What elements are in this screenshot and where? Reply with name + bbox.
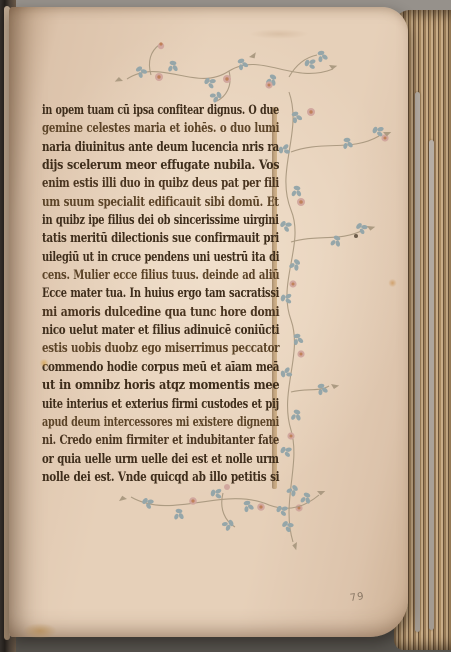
text-line: enim estis illi duo in quibz deus pat pe… (42, 175, 227, 193)
text-line: nico uelut mater et filius adinuicē coni… (42, 322, 229, 340)
text-line: uite interius et exterius firmi custodes… (42, 396, 223, 414)
text-line: estis uobis duobz ego miserrimus peccato… (42, 340, 229, 358)
folio-number-pencil: 79 (349, 591, 365, 604)
text-line: in opem tuam cū ipsa confitear dignus. O… (42, 102, 216, 120)
parchment-stain (23, 623, 57, 639)
text-line: tatis meritū dilectionis sue confirmauit… (42, 230, 229, 248)
text-line: ni. Credo enim firmiter et indubitanter … (42, 432, 226, 450)
text-line: ut in omnibz horis atqz momentis mee (42, 377, 249, 395)
text-line: gemine celestes maria et iohēs. o duo lu… (42, 120, 229, 138)
text-line: naria diuinitus ante deum lucencia nris … (42, 139, 231, 157)
text-line: in quibz ipe filius dei ob sincerissime … (42, 212, 221, 230)
text-line: commendo hodie corpus meū et aīam meā (42, 359, 230, 377)
manuscript-text-block: in opem tuam cū ipsa confitear dignus. O… (42, 102, 279, 490)
text-line: dijs scelerum meor effugate nubila. Vos (42, 157, 244, 175)
text-line: um suum specialit edificauit sibi domū. … (42, 194, 230, 212)
page-edge-ribbon (429, 140, 434, 630)
text-line: Ecce mater tua. In huius ergo tam sacrat… (42, 285, 222, 303)
text-line: mi amoris dulcedine qua tunc hore domi (42, 304, 238, 322)
page-edge-ribbon (415, 92, 420, 632)
text-line: or quia uelle urm uelle dei est et nolle… (42, 451, 227, 469)
text-line: cens. Mulier ecce filius tuus. deinde ad… (42, 267, 226, 285)
text-line: apud deum intercessores mi existere dign… (42, 414, 218, 432)
manuscript-photo: in opem tuam cū ipsa confitear dignus. O… (0, 0, 451, 652)
manuscript-page: in opem tuam cū ipsa confitear dignus. O… (9, 7, 408, 637)
text-line: uilegiū ut in cruce pendens uni uestrū i… (42, 249, 223, 267)
text-line: nolle dei est. Vnde quicqd ab illo petit… (42, 469, 232, 487)
